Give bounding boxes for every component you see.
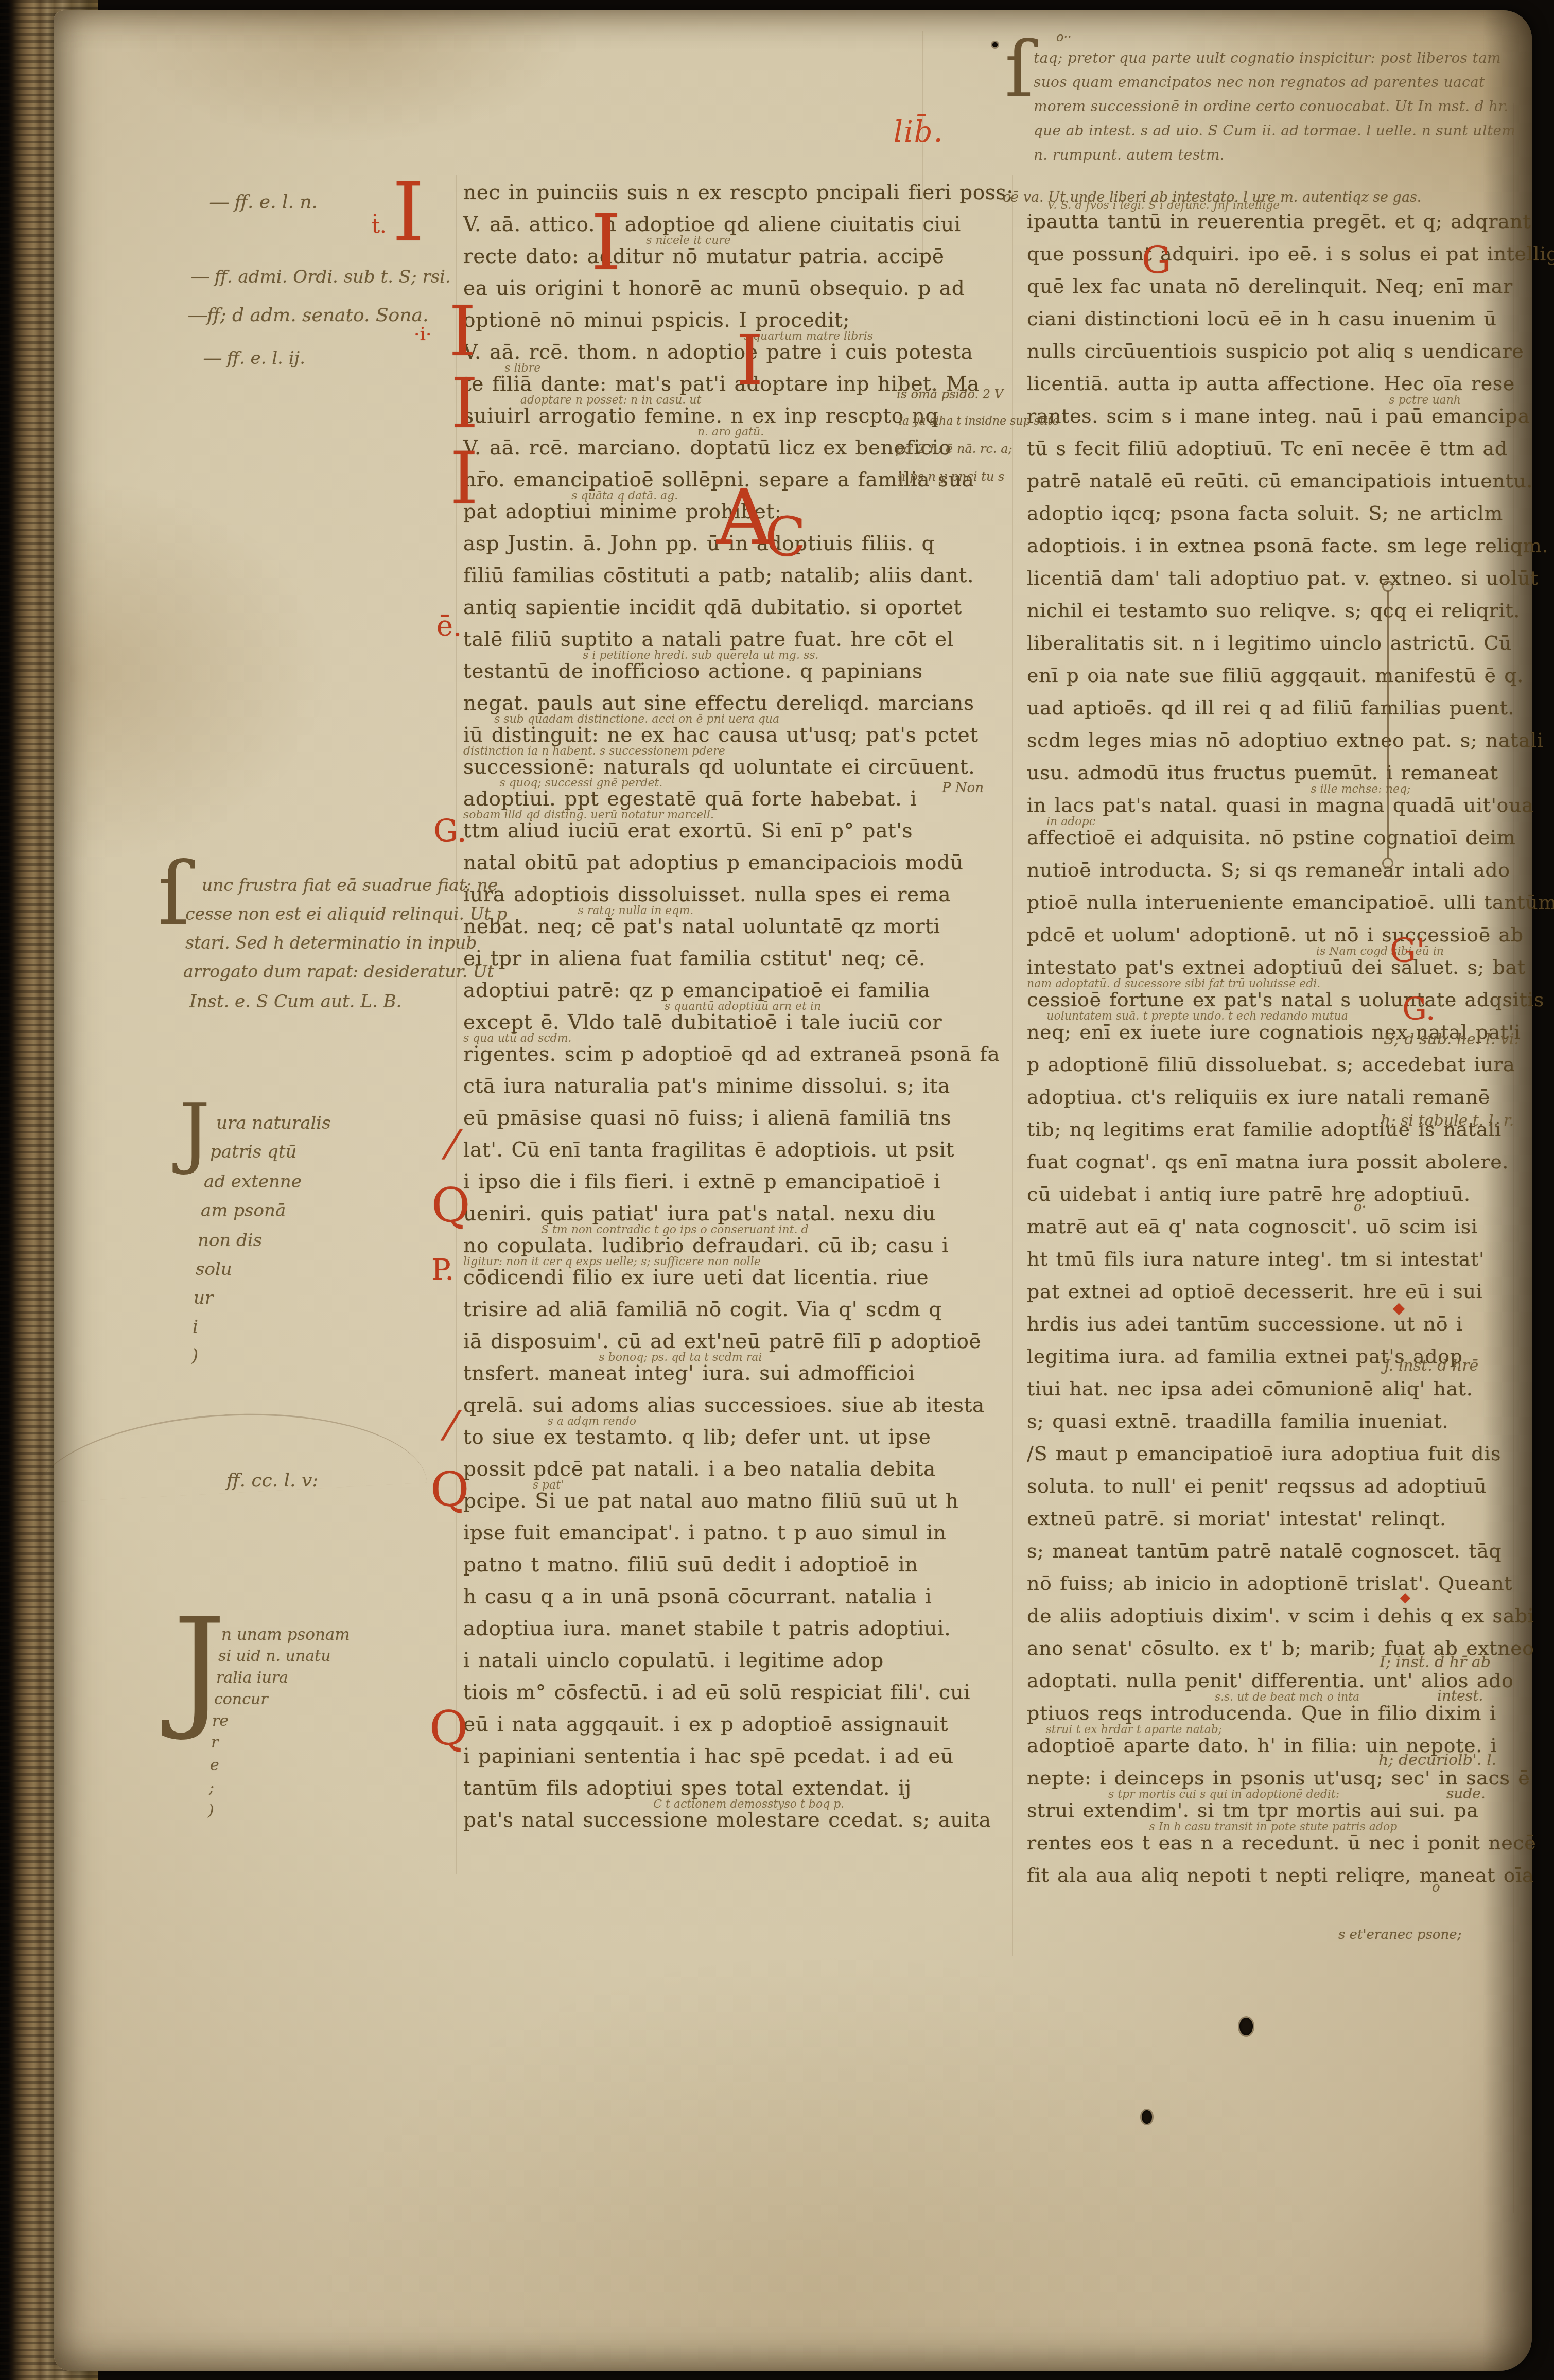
text-line: iura adoptiois dissoluisset. nulla spes …	[463, 883, 951, 906]
text-line: to siue ex testamto. q lib; defer unt. u…	[463, 1426, 931, 1449]
margin-note: ―ff; d adm. senato. Sona.	[188, 305, 428, 326]
margin-note: ia ya siha t insidne sup stite	[899, 415, 1059, 428]
text-line: patno t matno. filiū suū dedit i adoptio…	[463, 1553, 918, 1577]
text-line: cōdicendi filio ex iure ueti dat licenti…	[463, 1266, 929, 1289]
red-painted-initial: G.	[433, 819, 467, 844]
margin-note: P Non	[942, 780, 984, 796]
text-line: V. aā. rcē. thom. n adoptioe patre i cui…	[463, 341, 973, 364]
text-line: qrelā. sui adoms alias successioes. siue…	[463, 1394, 985, 1417]
text-line: nichil ei testamto suo reliqve. s; qcq e…	[1027, 599, 1520, 622]
margin-note: ad extenne	[204, 1171, 302, 1192]
red-painted-initial: ē.	[436, 616, 462, 637]
red-painted-initial: ◆	[1400, 1592, 1410, 1603]
margin-note: ― ff. e. l. n.	[210, 191, 318, 213]
margin-note: is omā psido. 2 V	[897, 387, 1003, 401]
text-line: affectioē ei adquisita. nō pstine cognat…	[1027, 826, 1516, 849]
text-line: ipautta tantū in reuerentia pregēt. et q…	[1027, 210, 1531, 233]
text-line: enī p oia nate sue filiū aggqauit. manif…	[1027, 664, 1524, 687]
text-line: adoptiua iura. manet stabile t patris ad…	[463, 1617, 951, 1640]
text-line: cū uidebat i antiq iure patrē hre adopti…	[1027, 1183, 1471, 1205]
text-line: V. aā. attico. n adoptioe qd aliene ciui…	[463, 213, 961, 236]
text-line: tiui hat. nec ipsa adei cōmunionē aliq' …	[1027, 1377, 1473, 1400]
margin-note: )	[191, 1345, 198, 1366]
interlinear-gloss: s nicele it cure	[646, 234, 731, 247]
red-painted-initial: Q	[431, 1187, 470, 1224]
interlinear-gloss: s i petitione hredi. sub querela ut mg. …	[583, 649, 818, 662]
margin-note: pc' 2 h; ē nā. rc. a;	[896, 442, 1012, 456]
red-painted-initial: P.	[431, 1259, 454, 1282]
text-line: rigentes. scim p adoptioē qd ad extraneā…	[463, 1043, 1000, 1066]
margin-note: n unam psonam	[221, 1625, 350, 1644]
interlinear-gloss: adoptare n posset: n in casu. ut	[520, 394, 702, 407]
text-line: negat. pauls aut sine effectu dereliqd. …	[463, 692, 974, 715]
text-line: usu. admodū itus fructus puemūt. i reman…	[1027, 761, 1498, 784]
text-line: ctā iura naturalia pat's minime dissolui…	[463, 1075, 950, 1098]
text-line: eū i nata aggqauit. i ex p adoptioē assi…	[463, 1713, 948, 1736]
margin-note: cē va. Ut unde liberi ab intestato. l ur…	[1003, 189, 1421, 205]
text-line: iā disposuim'. cū ad ext'neū patrē filī …	[463, 1330, 981, 1353]
red-painted-initial: I	[450, 451, 478, 507]
margin-note: e	[210, 1756, 219, 1774]
margin-note: sude.	[1446, 1785, 1486, 1802]
margin-note: ― ff. admi. Ordi. sub t. S; rsi.	[191, 267, 451, 287]
interlinear-gloss: sobam illd qd disting. uerū notatur marc…	[463, 809, 714, 821]
margin-note: Inst. e. S Cum aut. L. B.	[189, 991, 401, 1012]
interlinear-gloss: s quāta q datā. ag.	[571, 489, 678, 502]
interlinear-gloss: s pctre uanh	[1389, 394, 1461, 407]
text-line: quē lex fac unata nō derelinquit. Neq; e…	[1027, 275, 1513, 297]
margin-note: ö·	[1354, 1199, 1366, 1215]
text-line: natal obitū pat adoptius p emancipaciois…	[463, 851, 963, 874]
red-painted-initial: I	[451, 377, 478, 431]
interlinear-gloss: s a adqm rendo	[548, 1415, 637, 1428]
text-line: fit ala aua aliq nepoti t nepti reliqre,…	[1027, 1864, 1534, 1886]
margin-note: o··	[1056, 30, 1072, 44]
text-line: ptioē nulla interueniente emancipatioē. …	[1027, 891, 1554, 914]
margin-note: h; si tabule t. l. r.	[1381, 1112, 1514, 1130]
parchment-hole	[992, 42, 998, 47]
text-line: recte dato: additur nō mutatur patria. a…	[463, 245, 944, 268]
red-painted-initial: ṫ.	[372, 218, 387, 234]
text-line: nō fuiss; ab inicio in adoptionē trislat…	[1027, 1572, 1512, 1595]
marginal-paraph-mark	[1387, 591, 1389, 859]
text-line: nebat. neq; cē pat's natal uoluntatē qz …	[463, 915, 940, 938]
text-line: tū s fecit filiū adoptiuū. Tc enī necēe …	[1027, 437, 1508, 460]
text-line: adoptiui patrē: qz p emancipatioē ei fam…	[463, 979, 930, 1002]
interlinear-gloss: uoluntatem suā. t prepte undo. t ech red…	[1046, 1010, 1348, 1023]
interlinear-gloss: s bonoq; ps. qd ta t scdm rai	[599, 1351, 762, 1364]
red-painted-initial: I	[591, 213, 621, 273]
interlinear-gloss: s sub quadam distinctione. acci on ē pni…	[494, 713, 779, 726]
text-line: lat'. Cū enī tanta fragilitas ē adoptioi…	[463, 1139, 954, 1162]
interlinear-gloss: s ille mchse: neq;	[1311, 783, 1410, 796]
annotation-line: taq; pretor qua parte uult cognatio insp…	[1034, 49, 1501, 66]
decorated-initial: ſ	[158, 861, 189, 928]
interlinear-gloss: s qua utū ad scdm.	[463, 1032, 572, 1045]
margin-note: ura naturalis	[216, 1113, 331, 1133]
interlinear-gloss: nam adoptatū. d sucessore sibi fat trū u…	[1027, 977, 1320, 990]
text-line: successionē: naturals qd uoluntate ei ci…	[463, 756, 975, 779]
red-painted-initial: I	[736, 334, 763, 388]
text-line: fuat cognat'. qs enī matna iura possit a…	[1027, 1150, 1509, 1173]
text-line: intestato pat's extnei adoptiuū dei salu…	[1027, 956, 1526, 978]
margin-note: arrogato dum rapat: desideratur. Ut	[183, 961, 494, 982]
text-line: ttm aliud iuciū erat exortū. Si enī p° p…	[463, 819, 913, 843]
text-line: cessioē fortune ex pat's natal s uolunta…	[1027, 988, 1544, 1011]
interlinear-gloss: n. aro gatū.	[697, 426, 764, 439]
text-line: nulls circūuentiois suspicio pot aliq s …	[1027, 340, 1524, 362]
parchment-hole	[1142, 2110, 1152, 2124]
text-line: licentiā. autta ip autta affectione. Hec…	[1027, 372, 1515, 395]
text-line: no copulata. ludibrio defraudari. cū ib;…	[463, 1234, 949, 1257]
text-line: testantū de inofficioso actione. q papin…	[463, 660, 923, 683]
margin-note: i	[193, 1317, 198, 1337]
interlinear-gloss: in adopc	[1046, 815, 1095, 828]
text-line: ht tmū fils iura nature integ'. tm si in…	[1027, 1248, 1485, 1270]
text-line: ptiuos reqs introducenda. Que in filio d…	[1027, 1702, 1496, 1724]
decorated-initial: ſ	[1005, 40, 1034, 100]
text-line: pat extnei ad optioē decesserit. hre eū …	[1027, 1280, 1482, 1303]
text-line: eū pmāsise quasi nō fuiss; i alienā fami…	[463, 1107, 951, 1130]
red-painted-initial: I	[392, 181, 424, 244]
margin-note: s et'eranec psone;	[1338, 1927, 1461, 1942]
text-line: ipse fuit emancipat'. i patno. t p auo s…	[463, 1521, 947, 1545]
text-line: s; quasi extnē. traadilla familia inueni…	[1027, 1410, 1448, 1432]
red-painted-initial: C	[765, 517, 806, 558]
red-painted-initial: ⁄	[449, 1130, 456, 1162]
text-line: tnsfert. maneat integ' iura. sui admoffi…	[463, 1362, 915, 1385]
interlinear-gloss: s ratq; nulla in eqm.	[578, 904, 693, 917]
interlinear-gloss: s In h casu transit in pote stute patris…	[1149, 1821, 1397, 1833]
text-line: filiū familias cōstituti a patb; natalib…	[463, 564, 974, 587]
text-line: possit pdcē pat natali. i a beo natalia …	[463, 1458, 936, 1481]
margin-note: ;	[209, 1779, 214, 1797]
margin-note: unc frustra fiat eā suadrue fiat: ne	[202, 875, 498, 895]
annotation-line: suos quam emancipatos nec non regnatos a…	[1034, 74, 1485, 91]
text-line: extneū patrē. si moriat' intestat' relin…	[1027, 1507, 1446, 1530]
text-line: h casu q a in unā psonā cōcurrant. natal…	[463, 1585, 932, 1608]
margin-note: si uid n. unatu	[218, 1647, 330, 1665]
running-header: lib̄.	[894, 115, 944, 149]
text-line: p adoptionē filiū dissoluebat. s; accede…	[1027, 1053, 1515, 1076]
text-line: ea uis origini t honorē ac munū obsequio…	[463, 277, 965, 300]
text-line: pat's natal successione molestare ccedat…	[463, 1809, 991, 1832]
text-line: nutioē introducta. S; si qs remanear int…	[1027, 859, 1510, 881]
text-line: trisire ad aliā familiā nō cogit. Via q'…	[463, 1298, 942, 1321]
margin-note: ur	[194, 1288, 213, 1308]
text-line: ueniri. quis patiat' iura pat's natal. n…	[463, 1202, 936, 1226]
text-line: i ipso die i fils fieri. i extnē p emanc…	[463, 1170, 940, 1194]
margin-note: am psonā	[201, 1200, 286, 1221]
margin-note: cesse non est ei aliquid relinqui. Ut p	[185, 904, 507, 924]
red-painted-initial: A	[717, 488, 772, 547]
red-painted-initial: I	[449, 305, 476, 359]
annotation-line: que ab intest. s ad uio. S Cum ii. ad to…	[1034, 122, 1515, 139]
text-line: tantūm fils adoptiui spes total extendat…	[463, 1777, 912, 1800]
text-line: s; maneat tantūm patrē natalē cognoscet.…	[1027, 1539, 1501, 1562]
interlinear-gloss: S tm non contradic t go ips o conseruant…	[541, 1223, 809, 1236]
text-line: adoptio iqcq; psona facta soluit. S; ne …	[1027, 502, 1503, 524]
margin-note: stari. Sed h determinatio in inpub	[185, 933, 477, 953]
decorated-initial: J	[179, 1102, 210, 1163]
interlinear-gloss: strui t ex hrdar t aparte natab;	[1046, 1723, 1223, 1736]
text-line: liberalitatis sit. n i legitimo uinclo a…	[1027, 632, 1512, 654]
text-line: iū distinguit: ne ex hac causa ut'usq; p…	[463, 724, 978, 747]
red-painted-initial: ·i·	[414, 327, 431, 342]
red-painted-initial: Q	[430, 1471, 469, 1508]
text-line: adoptiois. i in extnea psonā facte. sm l…	[1027, 534, 1548, 557]
interlinear-gloss: s tpr mortis cui s qui in adoptionē dedi…	[1108, 1788, 1339, 1801]
text-line: V. aā. rcē. marciano. doptatū licz ex be…	[463, 436, 951, 460]
text-line: scdm leges mias nō adoptiuo extneo pat. …	[1027, 729, 1544, 751]
annotation-line: morem successionē in ordine certo conuoc…	[1034, 98, 1508, 115]
text-line: except ē. Vldo talē dubitatioē i tale iu…	[463, 1011, 942, 1034]
red-painted-initial: ◆	[1393, 1302, 1405, 1314]
text-line: adoptiua. ct's reliquiis ex iure natali …	[1027, 1086, 1490, 1108]
text-line: ciani distinctioni locū eē in h casu inu…	[1027, 307, 1497, 330]
text-line: strui extendim'. si tm tpr mortis aui su…	[1027, 1799, 1479, 1822]
text-line: i natali uinclo copulatū. i legitime ado…	[463, 1649, 884, 1672]
text-line: nec in puinciis suis n ex rescpto pncipa…	[463, 181, 1014, 204]
interlinear-gloss: ligitur: non it cer q exps uelle; s; suf…	[463, 1255, 761, 1268]
text-line: in lacs pat's natal. quasi in magna quad…	[1027, 794, 1533, 816]
margin-note: patris qtū	[210, 1142, 296, 1162]
red-painted-initial: Q	[429, 1710, 468, 1747]
text-line: patrē natalē eū reūti. cū emancipatiois …	[1027, 469, 1533, 492]
text-line: que possunt adquiri. ipo eē. i s solus e…	[1027, 242, 1554, 265]
text-line: antiq sapientie incidit qdā dubitatio. s…	[463, 596, 962, 619]
text-line: adoptiui. ppt egestatē quā forte habebat…	[463, 787, 917, 811]
text-line: matrē aut eā q' nata cognoscit'. uō scim…	[1027, 1215, 1478, 1238]
text-line: talē filiū suptito a natali patre fuat. …	[463, 628, 954, 651]
text-line: pcipe. Si ue pat natal auo matno filiū s…	[463, 1490, 958, 1513]
text-line: soluta. to null' ei penit' reqssus ad ad…	[1027, 1475, 1487, 1497]
text-line: ∕S maut p emancipatioē iura adoptiua fui…	[1027, 1442, 1501, 1465]
red-painted-initial: G	[1142, 246, 1172, 275]
red-painted-initial: G'	[1390, 939, 1425, 965]
text-line: rentes eos t eas n a recedunt. ū nec i p…	[1027, 1831, 1536, 1854]
text-line: ei tpr in aliena fuat familia cstitut' n…	[463, 947, 926, 970]
text-line: de aliis adoptiuis dixim'. v scim i dehi…	[1027, 1604, 1534, 1627]
interlinear-gloss: s quantū adoptiuū arn et in	[665, 1000, 821, 1013]
margin-note: ralia iura	[216, 1669, 288, 1687]
text-line: tiois m° cōsfectū. i ad eū solū respicia…	[463, 1681, 970, 1704]
interlinear-gloss: s.s. ut de beat mch o inta	[1215, 1691, 1359, 1704]
interlinear-gloss: s quoq; successi gnē perdet.	[499, 777, 662, 790]
text-line: asp Justin. ā. John pp. ū in adoptiuis f…	[463, 532, 935, 555]
text-line: suiuirl arrogatio femine. n ex inp rescp…	[463, 405, 938, 428]
text-line: uad aptioēs. qd ill rei q ad filiū famil…	[1027, 696, 1514, 719]
red-painted-initial: G.	[1402, 997, 1436, 1022]
decorated-initial: J	[173, 1616, 226, 1719]
parchment-hole	[1239, 2018, 1253, 2035]
interlinear-gloss: s pat'	[533, 1479, 564, 1492]
text-line: optionē nō minui pspicis. I procedit;	[463, 309, 850, 332]
margin-note: n ps n y pnci tu s	[898, 469, 1004, 484]
margin-note: o	[1432, 1880, 1440, 1895]
annotation-line: n. rumpunt. autem testm.	[1034, 146, 1225, 163]
interlinear-gloss: C t actionem demosstyso t boq p.	[653, 1798, 844, 1811]
margin-note: S; d sub. he. l. vi.	[1384, 1030, 1519, 1048]
margin-note: ― ff. e. l. ij.	[204, 348, 305, 369]
text-line: pdcē et uolum' adoptionē. ut nō i succes…	[1027, 923, 1524, 946]
interlinear-gloss: distinction ia n habent. s successionem …	[463, 745, 725, 758]
margin-note: solu	[196, 1259, 232, 1280]
text-line: licentiā dam' tali adoptiuo pat. v. extn…	[1027, 567, 1539, 589]
margin-note: I; inst. d hr̄ ab	[1380, 1653, 1491, 1671]
margin-note: h; decuriolb'. l.	[1378, 1751, 1496, 1769]
margin-note: intest.	[1437, 1687, 1483, 1704]
interlinear-gloss: s libre	[504, 362, 540, 375]
margin-note: )	[208, 1801, 214, 1819]
margin-note: J. inst. d hrē	[1384, 1357, 1478, 1375]
text-line: i papiniani sententia i hac spē pcedat. …	[463, 1745, 954, 1768]
red-painted-initial: ⁄	[448, 1411, 455, 1443]
margin-note: non dis	[198, 1230, 262, 1251]
text-line: rantes. scim s i mane integ. naū i paū e…	[1027, 405, 1530, 427]
